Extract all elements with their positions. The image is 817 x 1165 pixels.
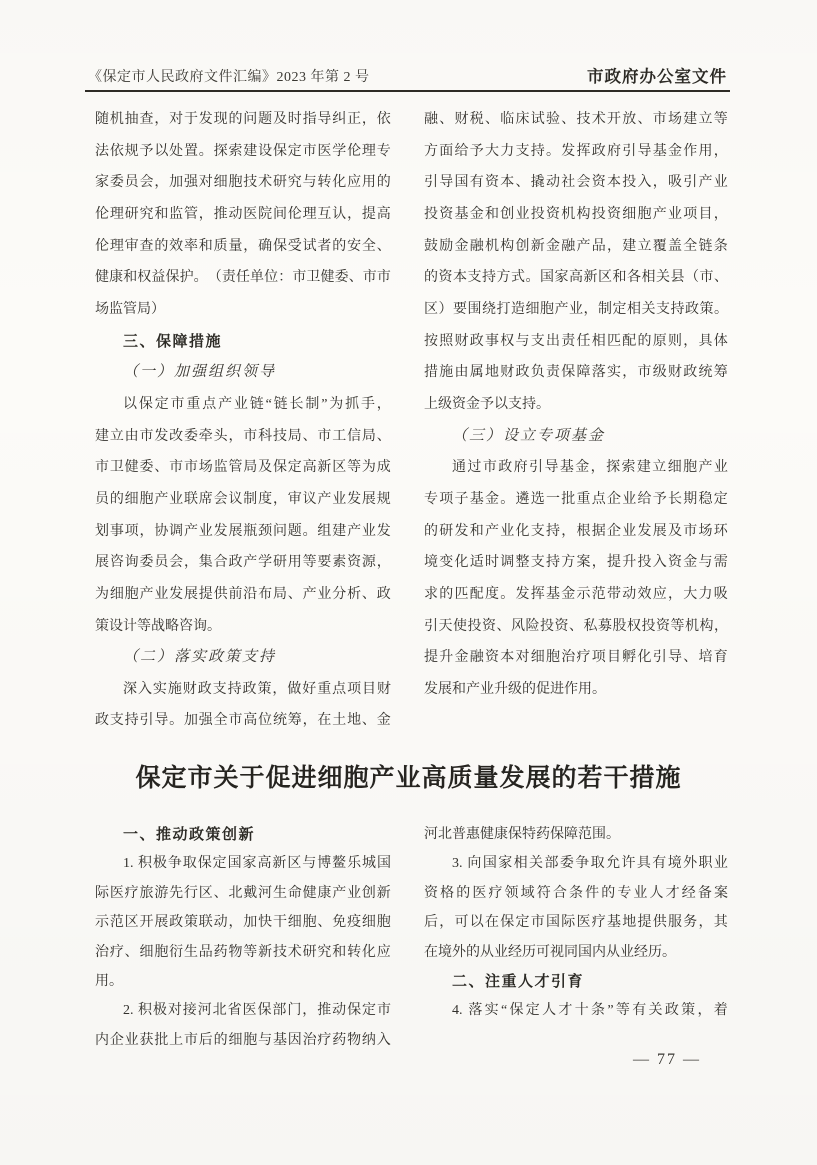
column-upper-left: 随机抽查，对于发现的问题及时指导纠正，依法依规予以处置。探索建设保定市医学伦理专… xyxy=(95,104,391,737)
text-line: 深入实施财政支持政策，做好重点项目财 xyxy=(95,674,391,706)
text-line: 示范区开展政策联动，加快干细胞、免疫细胞 xyxy=(95,908,391,937)
column-upper-right: 融、财税、临床试验、技术开放、市场建立等方面给予大力支持。发挥政府引导基金作用，… xyxy=(424,104,728,705)
text-line: 展咨询委员会，集合政产学研用等要素资源， xyxy=(95,547,391,579)
text-line: 求的匹配度。发挥基金示范带动效应，大力吸 xyxy=(424,579,728,611)
text-line: 2. 积极对接河北省医保部门，推动保定市 xyxy=(95,996,391,1025)
text-line: 用。 xyxy=(95,967,391,996)
text-line: （三）设立专项基金 xyxy=(424,421,728,453)
text-line: 4. 落实“保定人才十条”等有关政策，着 xyxy=(424,996,728,1025)
text-line: 的资本支持方式。国家高新区和各相关县（市、 xyxy=(424,262,728,294)
header-divider-rule xyxy=(85,90,730,92)
text-line: （一）加强组织领导 xyxy=(95,357,391,389)
text-line: 后，可以在保定市国际医疗基地提供服务，其 xyxy=(424,908,728,937)
column-lower-left: 一、推动政策创新1. 积极争取保定国家高新区与博鳌乐城国际医疗旅游先行区、北戴河… xyxy=(95,820,391,1055)
text-line: 内企业获批上市后的细胞与基因治疗药物纳入 xyxy=(95,1026,391,1055)
text-line: 引天使投资、风险投资、私募股权投资等机构， xyxy=(424,611,728,643)
text-line: 1. 积极争取保定国家高新区与博鳌乐城国 xyxy=(95,849,391,878)
text-line: 策设计等战略咨询。 xyxy=(95,611,391,643)
text-line: 健康和权益保护。（责任单位：市卫健委、市市 xyxy=(95,262,391,294)
text-line: （二）落实政策支持 xyxy=(95,642,391,674)
text-line: 治疗、细胞衍生品药物等新技术研究和转化应 xyxy=(95,938,391,967)
text-line: 鼓励金融机构创新金融产品，建立覆盖全链条 xyxy=(424,231,728,263)
text-line: 提升金融资本对细胞治疗项目孵化引导、培育 xyxy=(424,642,728,674)
text-line: 家委员会，加强对细胞技术研究与转化应用的 xyxy=(95,167,391,199)
text-line: 融、财税、临床试验、技术开放、市场建立等 xyxy=(424,104,728,136)
text-line: 政支持引导。加强全市高位统筹，在土地、金 xyxy=(95,705,391,737)
text-line: 方面给予大力支持。发挥政府引导基金作用， xyxy=(424,136,728,168)
text-line: 三、保障措施 xyxy=(95,326,391,358)
article-title: 保定市关于促进细胞产业高质量发展的若干措施 xyxy=(88,758,729,794)
text-line: 建立由市发改委牵头，市科技局、市工信局、 xyxy=(95,421,391,453)
page-number: — 77 — xyxy=(633,1051,701,1069)
text-line: 场监管局） xyxy=(95,294,391,326)
text-line: 伦理审查的效率和质量，确保受试者的安全、 xyxy=(95,231,391,263)
text-line: 区）要围绕打造细胞产业，制定相关支持政策。 xyxy=(424,294,728,326)
text-line: 划事项，协调产业发展瓶颈问题。组建产业发 xyxy=(95,516,391,548)
text-line: 境变化适时调整支持方案，提升投入资金与需 xyxy=(424,547,728,579)
document-page: 《保定市人民政府文件汇编》2023 年第 2 号 市政府办公室文件 随机抽查，对… xyxy=(0,0,817,1165)
text-line: 引导国有资本、撬动社会资本投入，吸引产业 xyxy=(424,167,728,199)
text-line: 际医疗旅游先行区、北戴河生命健康产业创新 xyxy=(95,879,391,908)
text-line: 随机抽查，对于发现的问题及时指导纠正，依 xyxy=(95,104,391,136)
text-line: 上级资金予以支持。 xyxy=(424,389,728,421)
text-line: 在境外的从业经历可视同国内从业经历。 xyxy=(424,938,728,967)
text-line: 的研发和产业化支持，根据企业发展及市场环 xyxy=(424,516,728,548)
text-line: 3. 向国家相关部委争取允许具有境外职业 xyxy=(424,849,728,878)
header-document-category: 市政府办公室文件 xyxy=(587,63,727,87)
column-lower-right: 河北普惠健康保特药保障范围。3. 向国家相关部委争取允许具有境外职业资格的医疗领… xyxy=(424,820,728,1026)
text-line: 专项子基金。遴选一批重点企业给予长期稳定 xyxy=(424,484,728,516)
text-line: 法依规予以处置。探索建设保定市医学伦理专 xyxy=(95,136,391,168)
text-line: 以保定市重点产业链“链长制”为抓手， xyxy=(95,389,391,421)
text-line: 按照财政事权与支出责任相匹配的原则，具体 xyxy=(424,326,728,358)
text-line: 河北普惠健康保特药保障范围。 xyxy=(424,820,728,849)
text-line: 伦理研究和监管，推动医院间伦理互认，提高 xyxy=(95,199,391,231)
text-line: 措施由属地财政负责保障落实，市级财政统筹 xyxy=(424,357,728,389)
text-line: 二、注重人才引育 xyxy=(424,967,728,996)
text-line: 投资基金和创业投资机构投资细胞产业项目， xyxy=(424,199,728,231)
header-compilation-title: 《保定市人民政府文件汇编》2023 年第 2 号 xyxy=(88,66,370,86)
text-line: 市卫健委、市市场监管局及保定高新区等为成 xyxy=(95,452,391,484)
text-line: 发展和产业升级的促进作用。 xyxy=(424,674,728,706)
text-line: 员的细胞产业联席会议制度，审议产业发展规 xyxy=(95,484,391,516)
text-line: 为细胞产业发展提供前沿布局、产业分析、政 xyxy=(95,579,391,611)
text-line: 通过市政府引导基金，探索建立细胞产业 xyxy=(424,452,728,484)
text-line: 一、推动政策创新 xyxy=(95,820,391,849)
text-line: 资格的医疗领域符合条件的专业人才经备案 xyxy=(424,879,728,908)
